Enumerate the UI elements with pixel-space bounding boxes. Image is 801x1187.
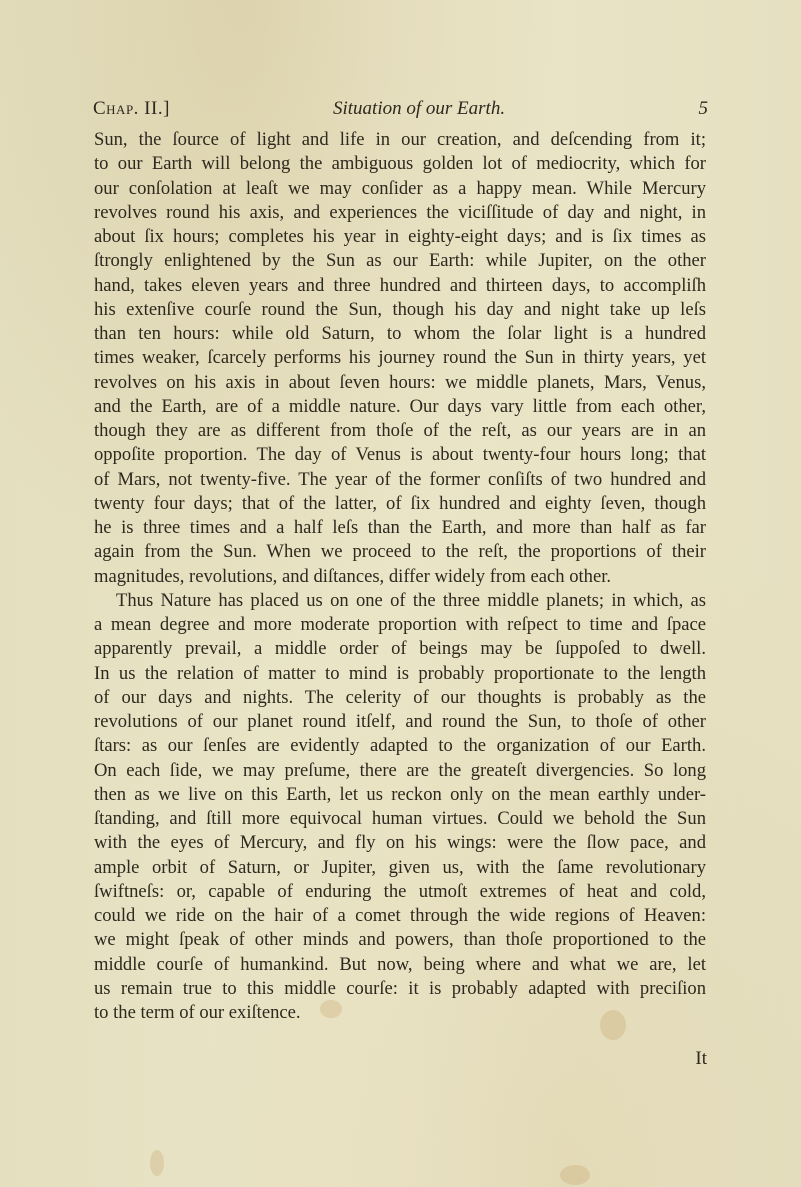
book-page: Chap. II.] Situation of our Earth. 5 Sun… <box>0 0 801 1187</box>
text-line: ſtars: as our ſenſes are evidently adapt… <box>94 734 706 758</box>
text-line: than ten hours: while old Saturn, to who… <box>94 322 706 346</box>
text-line: hand, takes eleven years and three hundr… <box>94 274 706 298</box>
text-line: and the Earth, are of a middle nature. O… <box>94 395 706 419</box>
foxing-stain <box>560 1165 590 1185</box>
text-line: we might ſpeak of other minds and powers… <box>94 928 706 952</box>
text-line: revolves round his axis, and experiences… <box>94 201 706 225</box>
body-text: Sun, the ſource of light and life in our… <box>94 128 706 1025</box>
text-line: oppoſite proportion. The day of Venus is… <box>94 443 706 467</box>
text-line: to the term of our exiſtence. <box>94 1001 706 1025</box>
text-line: again from the Sun. When we proceed to t… <box>94 540 706 564</box>
text-line: Sun, the ſource of light and life in our… <box>94 128 706 152</box>
text-line: revolutions of our planet round itſelf, … <box>94 710 706 734</box>
running-title: Situation of our Earth. <box>333 98 505 120</box>
text-line: On each ſide, we may preſume, there are … <box>94 759 706 783</box>
text-line: revolves on his axis in about ſeven hour… <box>94 371 706 395</box>
text-line: twenty four days; that of the latter, of… <box>94 492 706 516</box>
text-line: could we ride on the hair of a comet thr… <box>94 904 706 928</box>
text-line: In us the relation of matter to mind is … <box>94 662 706 686</box>
text-line: apparently prevail, a middle order of be… <box>94 637 706 661</box>
paragraph-start-line: Thus Nature has placed us on one of the … <box>94 589 706 613</box>
text-line: with the eyes of Mercury, and fly on his… <box>94 831 706 855</box>
chapter-label: Chap. II.] <box>93 98 170 120</box>
text-line: ample orbit of Saturn, or Jupiter, given… <box>94 856 706 880</box>
text-line: of our days and nights. The celerity of … <box>94 686 706 710</box>
text-line: his extenſive courſe round the Sun, thou… <box>94 298 706 322</box>
text-line: a mean degree and more moderate proporti… <box>94 613 706 637</box>
text-line: ſtanding, and ſtill more equivocal human… <box>94 807 706 831</box>
text-line: though they are as different from thoſe … <box>94 419 706 443</box>
text-line: of Mars, not twenty-five. The year of th… <box>94 468 706 492</box>
text-line: middle courſe of humankind. But now, bei… <box>94 953 706 977</box>
text-line: our conſolation at leaſt we may conſider… <box>94 177 706 201</box>
page-number: 5 <box>699 98 709 120</box>
text-line: times weaker, ſcarcely performs his jour… <box>94 346 706 370</box>
text-line: he is three times and a half leſs than t… <box>94 516 706 540</box>
text-line: ſwiftneſs: or, capable of enduring the u… <box>94 880 706 904</box>
text-line: ſtrongly enlightened by the Sun as our E… <box>94 249 706 273</box>
catchword: It <box>695 1048 707 1070</box>
text-line: to our Earth will belong the ambiguous g… <box>94 152 706 176</box>
foxing-stain <box>150 1150 164 1176</box>
text-line: then as we live on this Earth, let us re… <box>94 783 706 807</box>
text-line: magnitudes, revolutions, and diſtances, … <box>94 565 706 589</box>
running-head: Chap. II.] Situation of our Earth. 5 <box>93 98 705 124</box>
text-line: about ſix hours; completes his year in e… <box>94 225 706 249</box>
text-line: us remain true to this middle courſe: it… <box>94 977 706 1001</box>
